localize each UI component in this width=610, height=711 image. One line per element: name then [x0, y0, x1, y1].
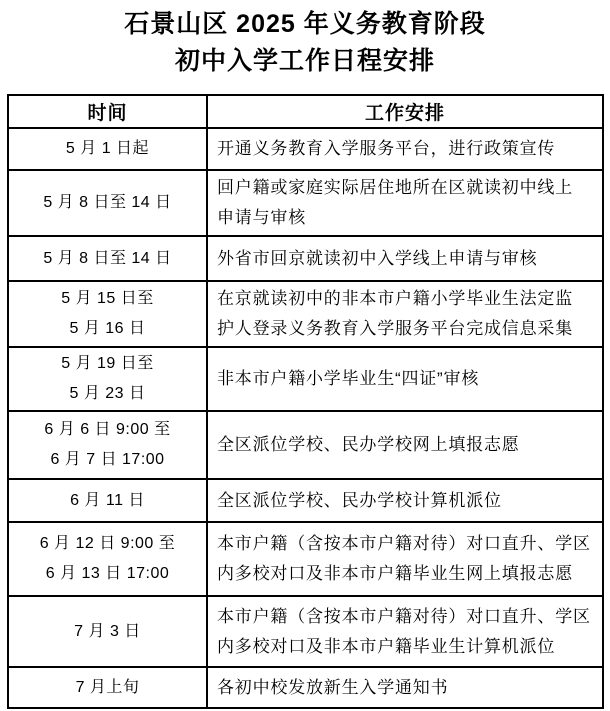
- table-row: 5 月 8 日至 14 日 外省市回京就读初中入学线上申请与审核: [8, 236, 603, 281]
- table-row: 7 月上旬 各初中校发放新生入学通知书: [8, 667, 603, 708]
- page-title-line-1: 石景山区 2025 年义务教育阶段: [0, 6, 610, 43]
- header-task: 工作安排: [207, 95, 603, 128]
- header-row: 时间 工作安排: [8, 95, 603, 128]
- time-cell: 5 月 1 日起: [8, 128, 207, 170]
- time-cell: 6 月 12 日 9:00 至 6 月 13 日 17:00: [8, 522, 207, 596]
- time-cell: 5 月 15 日至 5 月 16 日: [8, 281, 207, 347]
- table-row: 6 月 12 日 9:00 至 6 月 13 日 17:00 本市户籍（含按本市…: [8, 522, 603, 596]
- task-cell: 本市户籍（含按本市户籍对待）对口直升、学区 内多校对口及非本市户籍毕业生计算机派…: [207, 596, 603, 667]
- task-cell: 本市户籍（含按本市户籍对待）对口直升、学区 内多校对口及非本市户籍毕业生网上填报…: [207, 522, 603, 596]
- document-page: 石景山区 2025 年义务教育阶段 初中入学工作日程安排 时间 工作安排 5 月…: [0, 0, 610, 711]
- task-cell: 各初中校发放新生入学通知书: [207, 667, 603, 708]
- table-row: 5 月 19 日至 5 月 23 日 非本市户籍小学毕业生“四证”审核: [8, 347, 603, 411]
- time-cell: 5 月 19 日至 5 月 23 日: [8, 347, 207, 411]
- table-body: 5 月 1 日起 开通义务教育入学服务平台，进行政策宣传 5 月 8 日至 14…: [8, 128, 603, 708]
- task-cell: 全区派位学校、民办学校网上填报志愿: [207, 411, 603, 479]
- header-time: 时间: [8, 95, 207, 128]
- schedule-table: 时间 工作安排 5 月 1 日起 开通义务教育入学服务平台，进行政策宣传 5 月…: [7, 94, 604, 709]
- table-row: 7 月 3 日 本市户籍（含按本市户籍对待）对口直升、学区 内多校对口及非本市户…: [8, 596, 603, 667]
- time-cell: 5 月 8 日至 14 日: [8, 170, 207, 236]
- table-row: 5 月 1 日起 开通义务教育入学服务平台，进行政策宣传: [8, 128, 603, 170]
- time-cell: 6 月 6 日 9:00 至 6 月 7 日 17:00: [8, 411, 207, 479]
- table-header: 时间 工作安排: [8, 95, 603, 128]
- page-title-line-2: 初中入学工作日程安排: [0, 43, 610, 80]
- table-row: 5 月 8 日至 14 日 回户籍或家庭实际居住地所在区就读初中线上 申请与审核: [8, 170, 603, 236]
- table-row: 6 月 11 日 全区派位学校、民办学校计算机派位: [8, 479, 603, 522]
- time-cell: 7 月上旬: [8, 667, 207, 708]
- task-cell: 在京就读初中的非本市户籍小学毕业生法定监 护人登录义务教育入学服务平台完成信息采…: [207, 281, 603, 347]
- task-cell: 回户籍或家庭实际居住地所在区就读初中线上 申请与审核: [207, 170, 603, 236]
- page-title: 石景山区 2025 年义务教育阶段 初中入学工作日程安排: [0, 0, 610, 80]
- table-row: 6 月 6 日 9:00 至 6 月 7 日 17:00 全区派位学校、民办学校…: [8, 411, 603, 479]
- time-cell: 6 月 11 日: [8, 479, 207, 522]
- task-cell: 开通义务教育入学服务平台，进行政策宣传: [207, 128, 603, 170]
- time-cell: 5 月 8 日至 14 日: [8, 236, 207, 281]
- task-cell: 全区派位学校、民办学校计算机派位: [207, 479, 603, 522]
- task-cell: 非本市户籍小学毕业生“四证”审核: [207, 347, 603, 411]
- time-cell: 7 月 3 日: [8, 596, 207, 667]
- table-row: 5 月 15 日至 5 月 16 日 在京就读初中的非本市户籍小学毕业生法定监 …: [8, 281, 603, 347]
- task-cell: 外省市回京就读初中入学线上申请与审核: [207, 236, 603, 281]
